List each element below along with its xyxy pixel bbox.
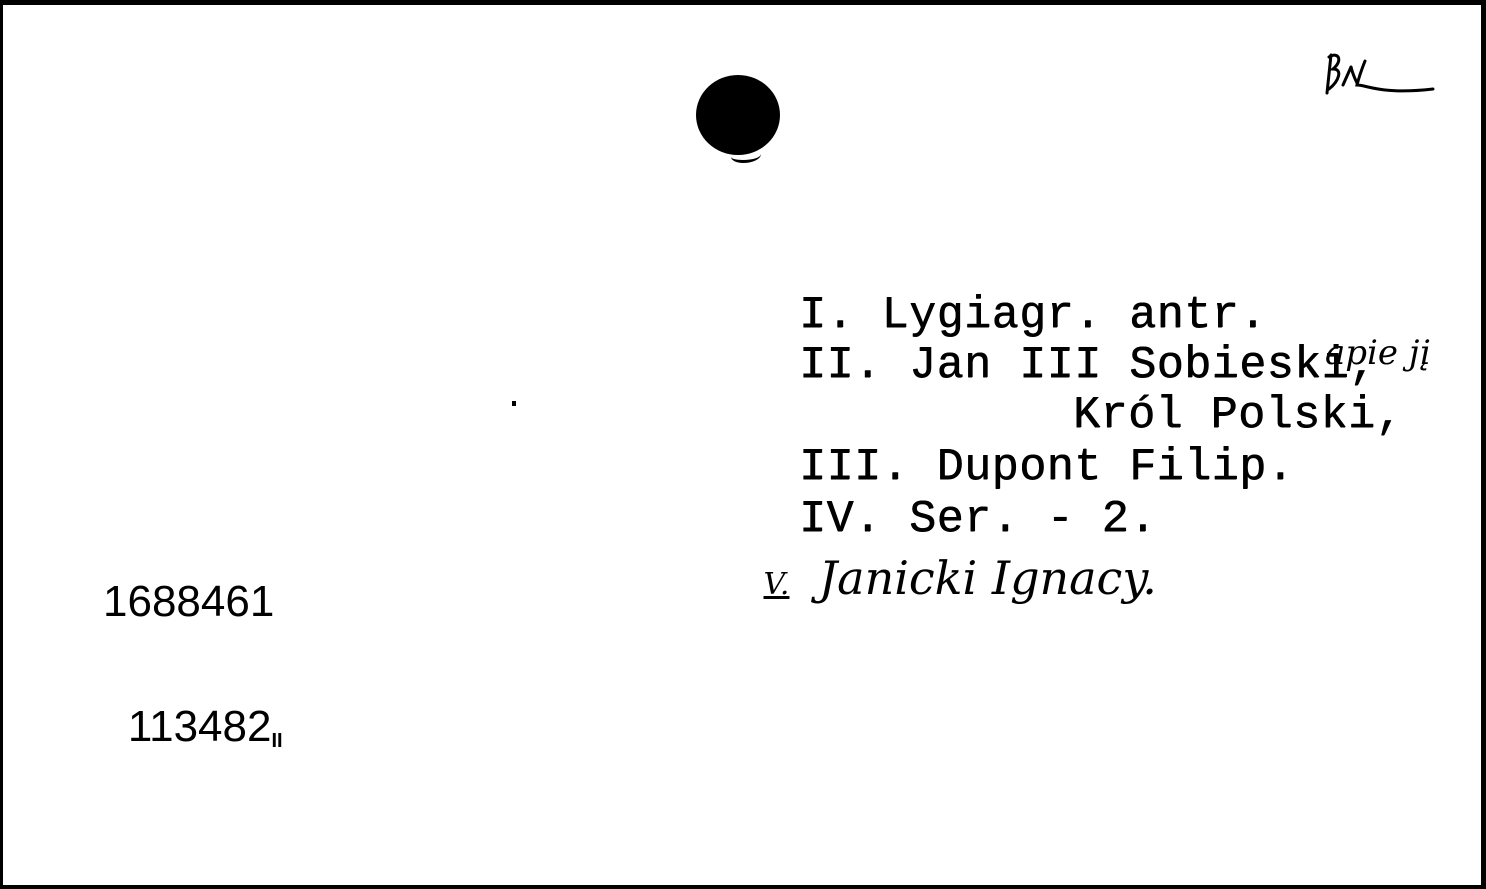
catalog-number-value: 113482 [128,702,272,751]
catalog-number-suffix: II [271,730,282,752]
catalog-number-1: 1688461 [103,578,274,626]
entry-text: Janicki Ignacy. [819,551,1157,605]
entry-numeral: II. [799,340,882,391]
handwritten-addition: apie jį [1325,333,1430,373]
handwritten-entry-5: V. Janicki Ignacy. [705,497,1157,659]
corner-initials-icon [1321,45,1441,105]
entry-numeral: V. [764,567,790,602]
ink-speck [512,401,516,406]
catalog-card: BK I. Lygiagr. antr. II. Jan III Sobiesk… [0,0,1486,889]
punch-hole-edge [731,148,761,163]
catalog-number-2: 113482II [79,655,283,813]
punch-hole [696,75,780,155]
